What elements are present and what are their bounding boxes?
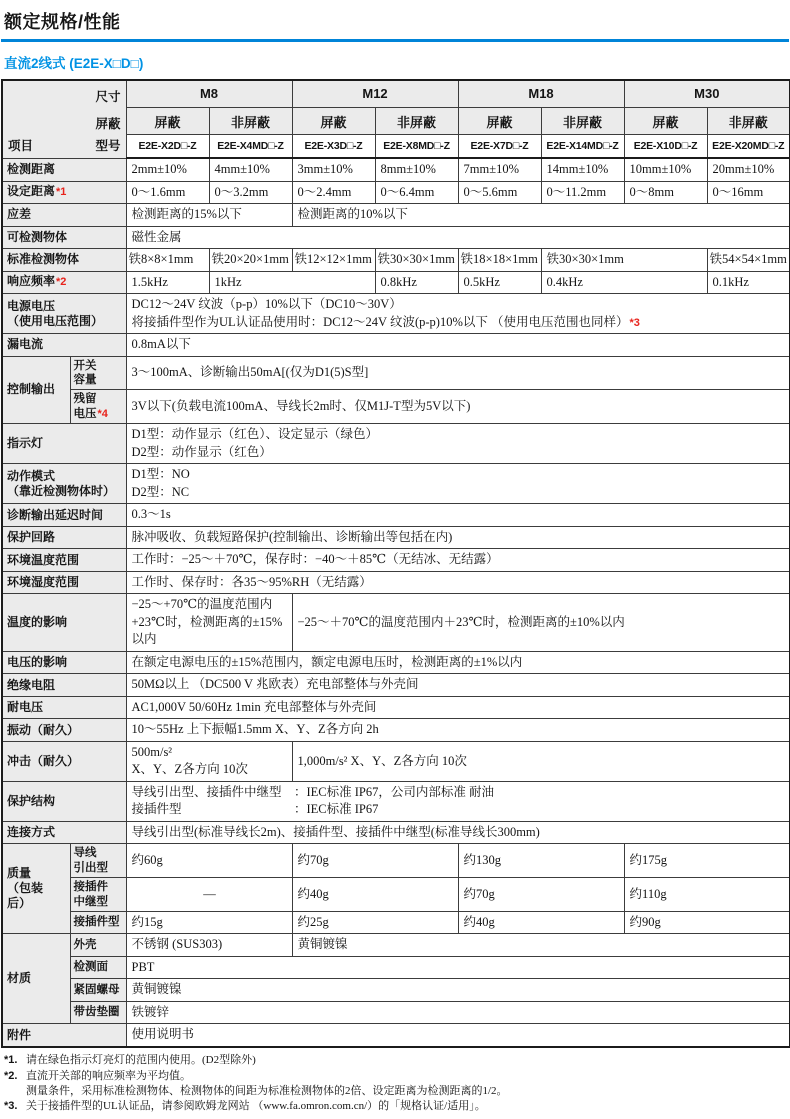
value-cell: −25～+70℃的温度范围内 +23℃时，检测距离的±15% 以内: [126, 594, 292, 652]
footnotes: *1. 请在绿色指示灯亮灯的范围内使用。(D2型除外) *2. 直流开关部的响应…: [4, 1053, 787, 1114]
value-cell: D1型：NO D2型：NC: [126, 464, 790, 504]
table-row-set-distance: 设定距离*1 0～1.6mm 0～3.2mm 0～2.4mm 0～6.4mm 0…: [2, 181, 790, 204]
row-label-cell: 冲击（耐久）: [2, 741, 126, 781]
shield-header: 非屏蔽: [375, 107, 458, 134]
value-cell: 0～2.4mm: [292, 181, 375, 204]
value-cell: 3mm±10%: [292, 158, 375, 181]
row-label-cell: 设定距离*1: [2, 181, 126, 204]
corner-model-label: 型号: [95, 136, 120, 154]
value-cell: 4mm±10%: [209, 158, 292, 181]
table-row-hysteresis: 应差 检测距离的15%以下 检测距离的10%以下: [2, 204, 790, 227]
row-label-cell: 绝缘电阻: [2, 674, 126, 697]
value-cell: 约90g: [624, 911, 790, 934]
footnote-2: *2. 直流开关部的响应频率为平均值。 测量条件，采用标准检测物体、检测物体的间…: [4, 1069, 787, 1099]
shield-header: 非屏蔽: [541, 107, 624, 134]
footnote-1: *1. 请在绿色指示灯亮灯的范围内使用。(D2型除外): [4, 1053, 787, 1068]
sub-label-cell: 带齿垫圈: [70, 1001, 126, 1024]
value-text: DC12～24V 纹波（p-p）10%以下（DC10～30V） 将接插件型作为U…: [132, 297, 629, 329]
title-rule: [1, 39, 789, 42]
value-cell: 约60g: [126, 844, 292, 878]
row-label-cell: 电压的影响: [2, 651, 126, 674]
value-cell: 使用说明书: [126, 1024, 790, 1047]
row-label-cell: 保护回路: [2, 526, 126, 549]
value-cell: 0～6.4mm: [375, 181, 458, 204]
footnote-text: 请在绿色指示灯亮灯的范围内使用。(D2型除外): [26, 1053, 256, 1068]
table-row-response-frequency: 响应频率*2 1.5kHz 1kHz 0.8kHz 0.5kHz 0.4kHz …: [2, 271, 790, 294]
value-cell: 约40g: [292, 878, 458, 912]
section-subtitle: 直流2线式 (E2E-X□D□): [4, 52, 789, 72]
value-cell: 0～5.6mm: [458, 181, 541, 204]
value-cell: 检测距离的10%以下: [292, 204, 790, 227]
value-cell: 导线引出型(标准导线长2m)、接插件型、接插件中继型(标准导线长300mm): [126, 821, 790, 844]
header-size-row: 尺寸 屏蔽 项目 型号 M8 M12 M18 M30: [2, 80, 790, 107]
shield-header: 非屏蔽: [209, 107, 292, 134]
table-row-material-case: 材质 外壳 不锈钢 (SUS303) 黄铜镀镍: [2, 934, 790, 957]
table-row-standard-object: 标准检测物体 铁8×8×1mm 铁20×20×1mm 铁12×12×1mm 铁3…: [2, 249, 790, 272]
model-header: E2E-X8MD□-Z: [375, 135, 458, 158]
shield-header: 屏蔽: [624, 107, 707, 134]
value-cell: 0.8mA以下: [126, 334, 790, 357]
value-cell: 检测距离的15%以下: [126, 204, 292, 227]
table-row-accessories: 附件 使用说明书: [2, 1024, 790, 1047]
row-label-cell: 检测距离: [2, 158, 126, 181]
row-label-cell: 耐电压: [2, 696, 126, 719]
sub-label-cell: 检测面: [70, 956, 126, 979]
sub-label-cell: 残留 电压*4: [70, 390, 126, 424]
value-cell: 工作时：−25～＋70℃，保存时：−40～＋85℃（无结冰、无结露）: [126, 549, 790, 572]
row-label-cell: 诊断输出延迟时间: [2, 504, 126, 527]
table-row-protection-circuit: 保护回路 脉冲吸收、负载短路保护(控制输出、诊断输出等包括在内): [2, 526, 790, 549]
value-cell: 0.3～1s: [126, 504, 790, 527]
value-cell: −25～＋70℃的温度范围内＋23℃时，检测距离的±10%以内: [292, 594, 790, 652]
row-label-cell: 标准检测物体: [2, 249, 126, 272]
table-row-connection-method: 连接方式 导线引出型(标准导线长2m)、接插件型、接插件中继型(标准导线长300…: [2, 821, 790, 844]
value-cell: 约70g: [292, 844, 458, 878]
value-cell: 铁12×12×1mm: [292, 249, 375, 272]
value-cell: 2mm±10%: [126, 158, 209, 181]
model-header: E2E-X14MD□-Z: [541, 135, 624, 158]
row-label-cell: 环境湿度范围: [2, 571, 126, 594]
value-cell: 1,000m/s² X、Y、Z各方向 10次: [292, 741, 790, 781]
table-row-shock: 冲击（耐久） 500m/s² X、Y、Z各方向 10次 1,000m/s² X、…: [2, 741, 790, 781]
footnote-mark: *2.: [4, 1069, 26, 1099]
row-label-cell: 动作模式 （靠近检测物体时）: [2, 464, 126, 504]
sub-label-cell: 接插件 中继型: [70, 878, 126, 912]
size-header-m18: M18: [458, 80, 624, 107]
row-label-cell: 应差: [2, 204, 126, 227]
value-cell: 铁8×8×1mm: [126, 249, 209, 272]
value-cell: 铁54×54×1mm: [707, 249, 790, 272]
table-row-material-sensing-face: 检测面 PBT: [2, 956, 790, 979]
datasheet-page: 额定规格/性能 直流2线式 (E2E-X□D□) 尺寸 屏蔽 项目 型号 M8 …: [0, 0, 790, 1119]
group-label-cell: 材质: [2, 934, 70, 1024]
model-header: E2E-X7D□-Z: [458, 135, 541, 158]
shield-header: 非屏蔽: [707, 107, 790, 134]
sub-label-cell: 紧固螺母: [70, 979, 126, 1002]
row-label-cell: 可检测物体: [2, 226, 126, 249]
footnote-text: 直流开关部的响应频率为平均值。 测量条件，采用标准检测物体、检测物体的间距为标准…: [26, 1069, 508, 1099]
table-row-material-nut: 紧固螺母 黄铜镀镍: [2, 979, 790, 1002]
value-cell: 约15g: [126, 911, 292, 934]
table-row-material-washer: 带齿垫圈 铁镀锌: [2, 1001, 790, 1024]
size-header-m8: M8: [126, 80, 292, 107]
row-label-cell: 保护结构: [2, 781, 126, 821]
row-label: 设定距离: [7, 184, 55, 198]
value-cell: 0～11.2mm: [541, 181, 624, 204]
size-header-m12: M12: [292, 80, 458, 107]
value-cell: 脉冲吸收、负载短路保护(控制输出、诊断输出等包括在内): [126, 526, 790, 549]
table-row-switching-capacity: 控制输出 开关 容量 3～100mA、诊断输出50mA[(仅为D1(5)S型]: [2, 356, 790, 390]
corner-header-cell: 尺寸 屏蔽 项目 型号: [2, 80, 126, 158]
value-cell: 铁18×18×1mm: [458, 249, 541, 272]
row-label-cell: 温度的影响: [2, 594, 126, 652]
row-label-cell: 环境温度范围: [2, 549, 126, 572]
shield-header: 屏蔽: [126, 107, 209, 134]
value-cell: 约70g: [458, 878, 624, 912]
corner-size-label: 尺寸: [95, 87, 120, 105]
footnote-ref: *3: [629, 317, 639, 329]
sub-label-cell: 开关 容量: [70, 356, 126, 390]
value-cell: AC1,000V 50/60Hz 1min 充电部整体与外壳间: [126, 696, 790, 719]
table-row-weight-prewired: 质量 （包装 后） 导线 引出型 约60g 约70g 约130g 约175g: [2, 844, 790, 878]
size-header-m30: M30: [624, 80, 790, 107]
row-label-cell: 振动（耐久）: [2, 719, 126, 742]
sub-label-cell: 接插件型: [70, 911, 126, 934]
value-cell: 导线引出型、接插件中继型 ：IEC标准 IP67，公司内部标准 耐油 接插件型 …: [126, 781, 790, 821]
value-cell: 工作时、保存时：各35～95%RH（无结露）: [126, 571, 790, 594]
page-title: 额定规格/性能: [4, 8, 787, 34]
value-cell: 约175g: [624, 844, 790, 878]
sub-label: 残留 电压: [74, 393, 97, 419]
sub-label-cell: 导线 引出型: [70, 844, 126, 878]
footnote-ref: *1: [56, 186, 66, 198]
model-header: E2E-X4MD□-Z: [209, 135, 292, 158]
value-cell: 50MΩ以上 （DC500 V 兆欧表）充电部整体与外壳间: [126, 674, 790, 697]
value-cell: 铁20×20×1mm: [209, 249, 292, 272]
value-cell: 10～55Hz 上下振幅1.5mm X、Y、Z各方向 2h: [126, 719, 790, 742]
row-label-cell: 指示灯: [2, 424, 126, 464]
row-label-cell: 连接方式: [2, 821, 126, 844]
table-row-voltage-influence: 电压的影响 在额定电源电压的±15%范围内，额定电源电压时，检测距离的±1%以内: [2, 651, 790, 674]
value-cell: 1.5kHz: [126, 271, 209, 294]
value-cell: 1kHz: [209, 271, 375, 294]
corner-item-label: 项目: [8, 136, 33, 154]
value-cell: PBT: [126, 956, 790, 979]
value-cell: 7mm±10%: [458, 158, 541, 181]
footnote-ref: *2: [56, 276, 66, 288]
value-cell: 3V以下(负载电流100mA、导线长2m时、仅M1J-T型为5V以下): [126, 390, 790, 424]
value-cell: 0.4kHz: [541, 271, 707, 294]
value-cell: 0.1kHz: [707, 271, 790, 294]
footnote-3: *3. 关于接插件型的UL认证品，请参阅欧姆龙网站 （www.fa.omron.…: [4, 1099, 787, 1114]
value-cell: 20mm±10%: [707, 158, 790, 181]
table-row-ambient-temperature: 环境温度范围 工作时：−25～＋70℃，保存时：−40～＋85℃（无结冰、无结露…: [2, 549, 790, 572]
value-cell: 14mm±10%: [541, 158, 624, 181]
sub-label-cell: 外壳: [70, 934, 126, 957]
shield-header: 屏蔽: [458, 107, 541, 134]
value-cell: 0.8kHz: [375, 271, 458, 294]
value-cell: 不锈钢 (SUS303): [126, 934, 292, 957]
value-cell: 500m/s² X、Y、Z各方向 10次: [126, 741, 292, 781]
value-cell: 0～3.2mm: [209, 181, 292, 204]
value-cell: 黄铜镀镍: [126, 979, 790, 1002]
row-label: 响应频率: [7, 274, 55, 288]
table-row-leakage-current: 漏电流 0.8mA以下: [2, 334, 790, 357]
table-row-vibration: 振动（耐久） 10～55Hz 上下振幅1.5mm X、Y、Z各方向 2h: [2, 719, 790, 742]
value-cell: 约130g: [458, 844, 624, 878]
model-header: E2E-X10D□-Z: [624, 135, 707, 158]
table-row-temperature-influence: 温度的影响 −25～+70℃的温度范围内 +23℃时，检测距离的±15% 以内 …: [2, 594, 790, 652]
table-row-operation-mode: 动作模式 （靠近检测物体时） D1型：NO D2型：NC: [2, 464, 790, 504]
footnote-ref: *4: [98, 408, 108, 420]
row-label-cell: 响应频率*2: [2, 271, 126, 294]
table-row-sensing-distance: 检测距离 2mm±10% 4mm±10% 3mm±10% 8mm±10% 7mm…: [2, 158, 790, 181]
footnote-mark: *1.: [4, 1053, 26, 1068]
table-row-ambient-humidity: 环境湿度范围 工作时、保存时：各35～95%RH（无结露）: [2, 571, 790, 594]
value-cell: —: [126, 878, 292, 912]
value-cell: 0～8mm: [624, 181, 707, 204]
value-cell: 8mm±10%: [375, 158, 458, 181]
model-header: E2E-X20MD□-Z: [707, 135, 790, 158]
corner-shield-label: 屏蔽: [95, 114, 120, 132]
value-cell: DC12～24V 纹波（p-p）10%以下（DC10～30V） 将接插件型作为U…: [126, 294, 790, 334]
table-row-diagnostic-delay: 诊断输出延迟时间 0.3～1s: [2, 504, 790, 527]
footnote-mark: *3.: [4, 1099, 26, 1114]
row-label-cell: 附件: [2, 1024, 126, 1047]
footnote-text: 关于接插件型的UL认证品，请参阅欧姆龙网站 （www.fa.omron.com.…: [26, 1099, 486, 1114]
table-row-detectable-object: 可检测物体 磁性金属: [2, 226, 790, 249]
value-cell: 约25g: [292, 911, 458, 934]
row-label-cell: 电源电压 （使用电压范围）: [2, 294, 126, 334]
table-row-weight-connector-relay: 接插件 中继型 — 约40g 约70g 约110g: [2, 878, 790, 912]
table-row-residual-voltage: 残留 电压*4 3V以下(负载电流100mA、导线长2m时、仅M1J-T型为5V…: [2, 390, 790, 424]
table-row-insulation-resistance: 绝缘电阻 50MΩ以上 （DC500 V 兆欧表）充电部整体与外壳间: [2, 674, 790, 697]
value-cell: 铁30×30×1mm: [541, 249, 707, 272]
table-row-protection-structure: 保护结构 导线引出型、接插件中继型 ：IEC标准 IP67，公司内部标准 耐油 …: [2, 781, 790, 821]
value-cell: 约110g: [624, 878, 790, 912]
value-cell: 10mm±10%: [624, 158, 707, 181]
value-cell: 约40g: [458, 911, 624, 934]
table-row-dielectric-strength: 耐电压 AC1,000V 50/60Hz 1min 充电部整体与外壳间: [2, 696, 790, 719]
group-label-cell: 质量 （包装 后）: [2, 844, 70, 934]
group-label-cell: 控制输出: [2, 356, 70, 424]
model-header: E2E-X2D□-Z: [126, 135, 209, 158]
shield-header: 屏蔽: [292, 107, 375, 134]
value-cell: 磁性金属: [126, 226, 790, 249]
value-cell: D1型：动作显示（红色）、设定显示（绿色） D2型：动作显示（红色）: [126, 424, 790, 464]
row-label-cell: 漏电流: [2, 334, 126, 357]
value-cell: 0～16mm: [707, 181, 790, 204]
spec-table: 尺寸 屏蔽 项目 型号 M8 M12 M18 M30 屏蔽 非屏蔽 屏蔽 非屏蔽…: [1, 79, 790, 1048]
value-cell: 铁镀锌: [126, 1001, 790, 1024]
value-cell: 铁30×30×1mm: [375, 249, 458, 272]
table-row-weight-connector: 接插件型 约15g 约25g 约40g 约90g: [2, 911, 790, 934]
model-header: E2E-X3D□-Z: [292, 135, 375, 158]
table-row-indicator: 指示灯 D1型：动作显示（红色）、设定显示（绿色） D2型：动作显示（红色）: [2, 424, 790, 464]
value-cell: 3～100mA、诊断输出50mA[(仅为D1(5)S型]: [126, 356, 790, 390]
value-cell: 0～1.6mm: [126, 181, 209, 204]
value-cell: 在额定电源电压的±15%范围内，额定电源电压时，检测距离的±1%以内: [126, 651, 790, 674]
value-cell: 0.5kHz: [458, 271, 541, 294]
value-cell: 黄铜镀镍: [292, 934, 790, 957]
table-row-supply-voltage: 电源电压 （使用电压范围） DC12～24V 纹波（p-p）10%以下（DC10…: [2, 294, 790, 334]
